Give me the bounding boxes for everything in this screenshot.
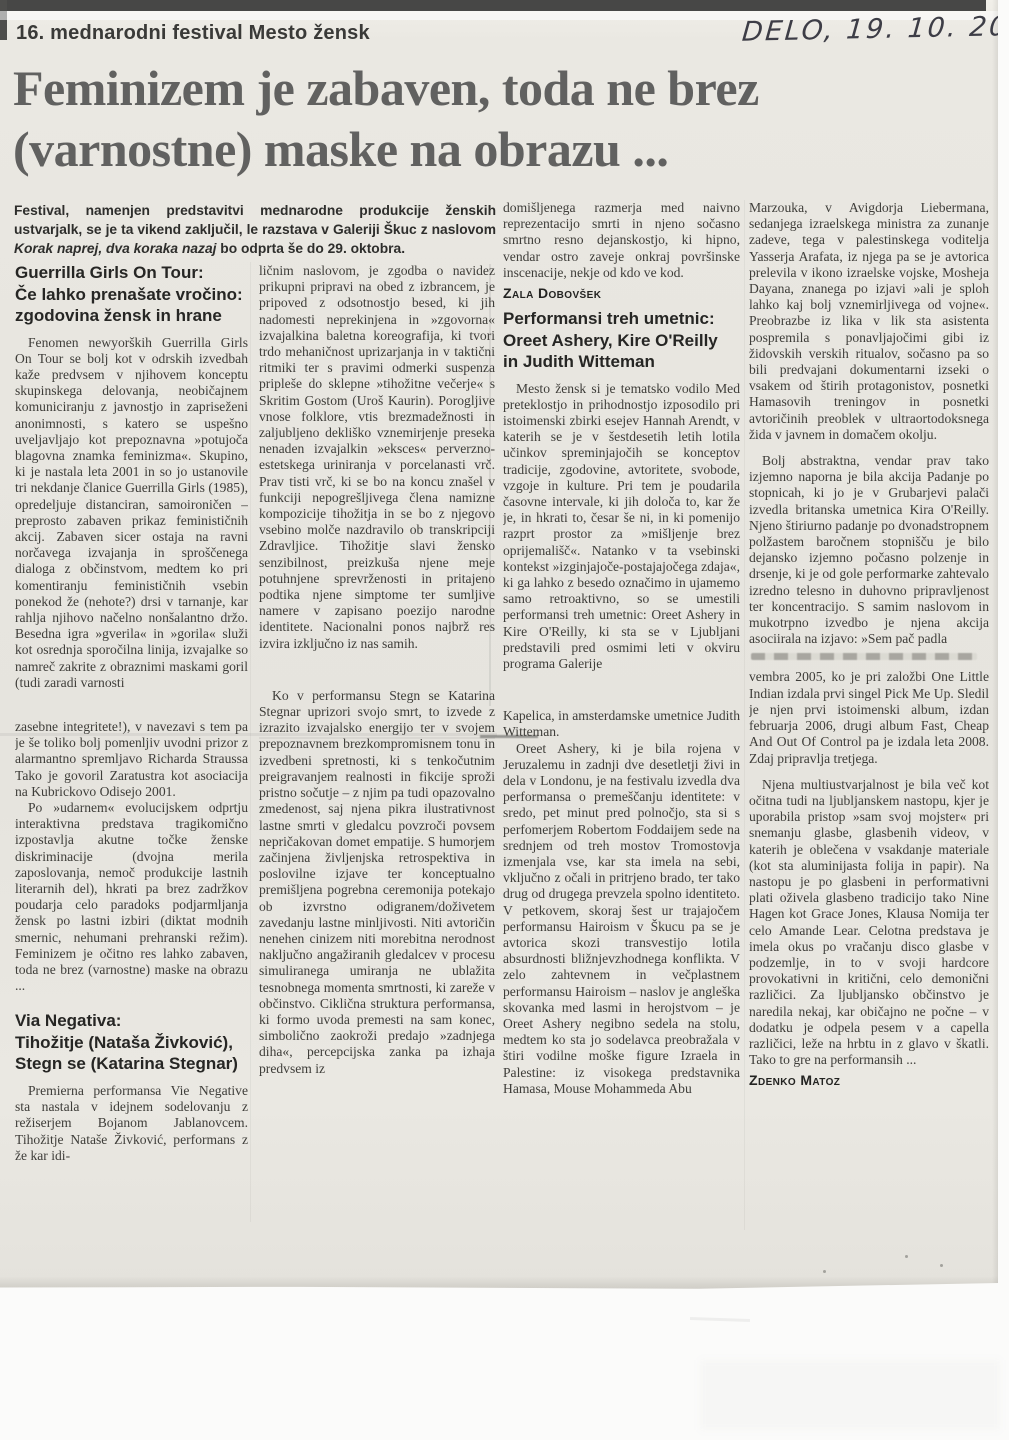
scan-speck xyxy=(823,1270,826,1273)
body-paragraph: Ko v performansu Stegn se Katarina Stegn… xyxy=(259,688,495,1077)
column-gutter-line xyxy=(250,262,251,1222)
lead-text: Festival, namenjen predstavitvi mednarod… xyxy=(14,203,496,237)
body-paragraph: Fenomen newyorških Guerrilla Girls On To… xyxy=(15,335,248,691)
cut-text-remnant xyxy=(751,653,977,660)
body-paragraph: Mesto žensk si je tematsko vodilo Med pr… xyxy=(503,381,740,673)
scan-smudge xyxy=(690,1317,750,1322)
headline-line-2: (varnostne) maske na obrazu ... xyxy=(13,119,993,180)
body-paragraph: zasebne integritete!), v navezavi s tem … xyxy=(15,719,248,800)
body-paragraph: Po »udarnem« evolucijskem odprtju intera… xyxy=(15,800,248,994)
scan-smudge xyxy=(700,1360,1000,1430)
newspaper-clipping: 16. mednarodni festival Mesto žensk DELO… xyxy=(0,0,998,1292)
body-paragraph: Bolj abstraktna, vendar prav tako izjemn… xyxy=(749,453,989,647)
section-heading-performansi: Performansi treh umetnic: Oreet Ashery, … xyxy=(503,308,740,373)
column-gutter-line xyxy=(744,200,745,1230)
body-paragraph: domišljenega razmerja med naivno repreze… xyxy=(503,200,740,281)
scan-speck xyxy=(905,1255,908,1258)
paper-right-edge-shadow xyxy=(992,0,998,1292)
section-heading-guerrilla-girls: Guerrilla Girls On Tour: Če lahko prenaš… xyxy=(15,262,248,327)
column-1: Guerrilla Girls On Tour: Če lahko prenaš… xyxy=(15,262,248,1164)
headline-line-1: Feminizem je zabaven, toda ne brez xyxy=(13,58,993,119)
column-2: ličnim naslovom, je zgodba o navidez pri… xyxy=(259,263,495,1077)
handwritten-date-annotation: DELO, 19. 10. 2010 xyxy=(741,11,1004,48)
byline-zdenko-matoz: Zdenko Matoz xyxy=(749,1071,989,1089)
scanned-page: 16. mednarodni festival Mesto žensk DELO… xyxy=(0,0,1009,1440)
scan-speck xyxy=(940,1264,943,1267)
column-4: Marzouka, v Avigdorja Liebermana, sedanj… xyxy=(749,200,989,1095)
kicker: 16. mednarodni festival Mesto žensk xyxy=(16,22,370,45)
body-paragraph: Njena multiustvarjalnost je bila več kot… xyxy=(749,777,989,1069)
body-paragraph: Kapelica, in amsterdamske umetnice Judit… xyxy=(503,708,740,740)
section-heading-via-negativa: Via Negativa: Tihožitje (Nataša Živković… xyxy=(15,1010,248,1075)
headline: Feminizem je zabaven, toda ne brez (varn… xyxy=(13,58,993,180)
body-paragraph: vembra 2005, ko je pri založbi One Littl… xyxy=(749,669,989,766)
byline-zala-dobovsek: Zala Dobovšek xyxy=(503,284,740,302)
column-3: domišljenega razmerja med naivno repreze… xyxy=(503,200,740,1097)
lead-text-end: bo odprta še do 29. oktobra. xyxy=(216,241,405,256)
lead-paragraph: Festival, namenjen predstavitvi mednarod… xyxy=(14,201,496,259)
lead-italic-title: Korak naprej, dva koraka nazaj xyxy=(14,241,216,256)
body-paragraph: Premierna performansa Vie Negative sta n… xyxy=(15,1083,248,1164)
scan-top-edge xyxy=(0,0,986,11)
body-paragraph: Oreet Ashery, ki je bila rojena v Jeruza… xyxy=(503,741,740,1097)
scan-corner-mark xyxy=(0,0,7,40)
body-paragraph: ličnim naslovom, je zgodba o navidez pri… xyxy=(259,263,495,652)
body-paragraph: Marzouka, v Avigdorja Liebermana, sedanj… xyxy=(749,200,989,443)
